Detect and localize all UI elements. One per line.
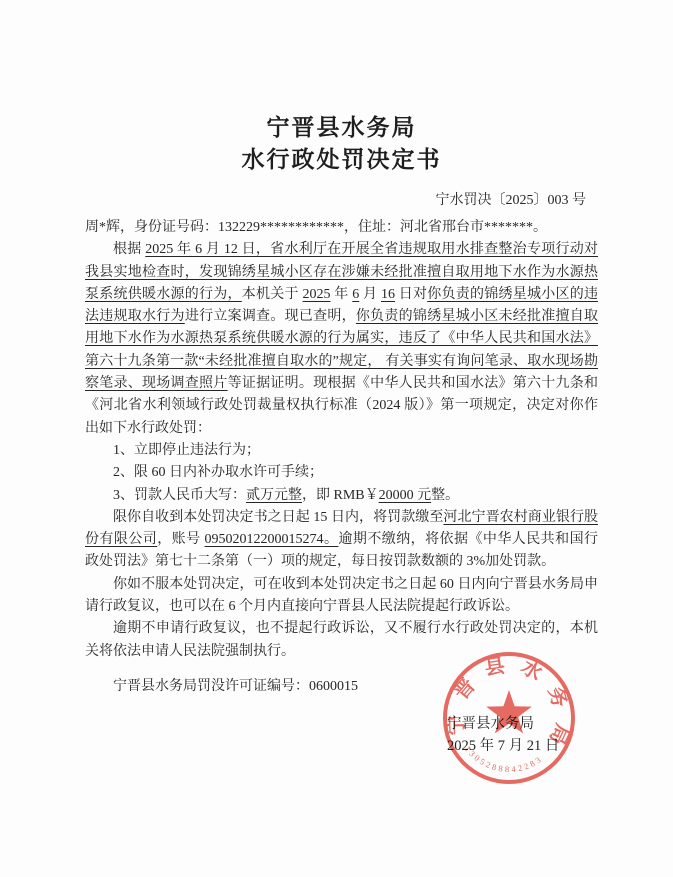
text-run: 根据 <box>113 242 145 257</box>
penalty-item-1: 1、立即停止违法行为； <box>85 440 598 462</box>
facts-paragraph: 根据 2025 年 6 月 12 日，省水利厅在开展全省违规取用水排查整治专项行… <box>85 239 598 440</box>
appeal-paragraph: 你如不服本处罚决定，可在收到本处罚决定书之日起 60 日内向宁晋县水务局申请行政… <box>85 574 598 619</box>
text-run: 逾期不申请行政复议，也不提起行政诉讼，又不履行水行政处罚决定的，本机关将依法申请… <box>85 621 598 658</box>
text-run: 月 <box>359 287 381 302</box>
document-number: 宁水罚决〔2025〕003 号 <box>85 192 598 209</box>
underlined-text: 09502012200015274。 <box>205 532 339 547</box>
text-run: 年 <box>331 287 353 302</box>
underlined-text: 2025 <box>303 287 331 302</box>
document-content: 宁晋县水务局 水行政处罚决定书 宁水罚决〔2025〕003 号 周*辉，身份证号… <box>85 112 598 698</box>
text-run: 你如不服本处罚决定，可在收到本处罚决定书之日起 60 日内向宁晋县水务局申请行政… <box>85 577 598 614</box>
document-page: 宁晋县水务局 水行政处罚决定书 宁水罚决〔2025〕003 号 周*辉，身份证号… <box>0 0 673 877</box>
signature-agency: 宁晋县水务局 <box>447 714 559 736</box>
penalty-item-3: 3、罚款人民币大写：贰万元整，即 RMB￥20000 元整。 <box>85 485 598 507</box>
text-run: 周*辉，身份证号码：132229************，住址：河北省邢台市**… <box>85 220 547 235</box>
text-run: 1、立即停止违法行为； <box>113 443 260 458</box>
text-run: ，账号 <box>157 532 204 547</box>
penalty-item-2: 2、限 60 日内补办取水许可手续； <box>85 462 598 484</box>
text-run: 本机关于 <box>242 287 303 302</box>
text-run: 限你自收到本处罚决定书之日起 15 日内，将罚款缴至 <box>113 510 443 525</box>
license-number-line: 宁晋县水务局罚没许可证编号：0600015 <box>85 676 598 698</box>
text-run: 2、限 60 日内补办取水许可手续； <box>113 465 323 480</box>
payment-paragraph: 限你自收到本处罚决定书之日起 15 日内，将罚款缴至河北宁晋农村商业银行股份有限… <box>85 507 598 574</box>
signature-block: 宁晋县水务局 2025 年 7 月 21 日 <box>447 714 559 757</box>
underlined-text: 16 <box>381 287 395 302</box>
text-run: 3、罚款人民币大写： <box>113 488 246 503</box>
text-run: 整。 <box>431 488 459 503</box>
text-run: 宁晋县水务局罚没许可证编号：0600015 <box>113 679 358 694</box>
party-info-line: 周*辉，身份证号码：132229************，住址：河北省邢台市**… <box>85 217 598 239</box>
signature-date: 2025 年 7 月 21 日 <box>447 736 559 758</box>
underlined-text: 贰万元整 <box>246 488 302 503</box>
enforcement-paragraph: 逾期不申请行政复议，也不提起行政诉讼，又不履行水行政处罚决定的，本机关将依法申请… <box>85 618 598 663</box>
document-title-line2: 水行政处罚决定书 <box>85 144 598 176</box>
text-run: 进行立案调查。现已查明， <box>185 309 356 324</box>
text-run: 日对 <box>395 287 427 302</box>
document-title-line1: 宁晋县水务局 <box>85 112 598 144</box>
document-body: 周*辉，身份证号码：132229************，住址：河北省邢台市**… <box>85 217 598 698</box>
text-run: ，即 RMB￥ <box>302 488 379 503</box>
underlined-text: 20000 元 <box>379 488 432 503</box>
